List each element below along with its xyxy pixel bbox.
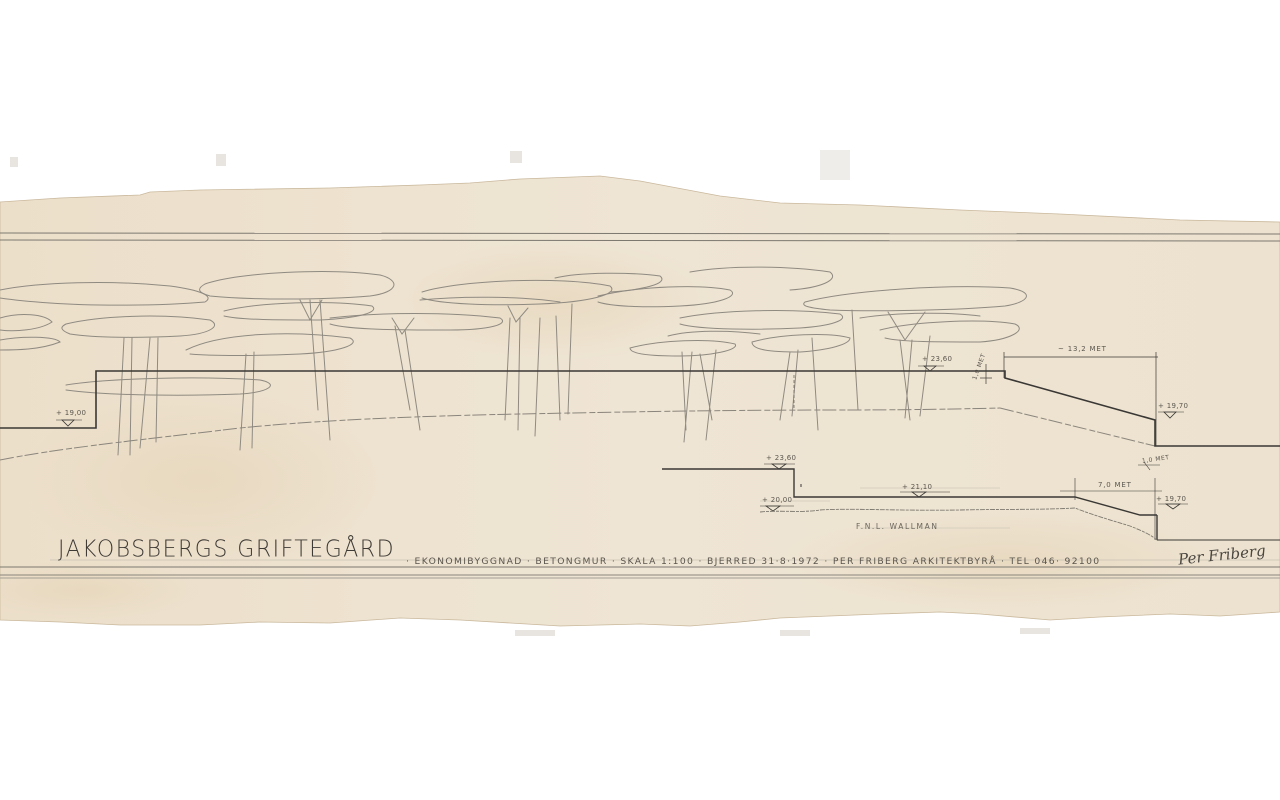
drawing-subtitle: · EKONOMIBYGGNAD · BETONGMUR · SKALA 1:1… — [406, 557, 1101, 566]
elevation-label-lower-right: + 19,70 — [1156, 496, 1186, 503]
elevation-label-lower-base: + 20,00 — [762, 497, 792, 504]
drawing-canvas — [0, 0, 1280, 800]
elevation-label-lower-mid: + 21,10 — [902, 484, 932, 491]
dimension-label-ramp-7m: 7,0 MET — [1098, 482, 1132, 489]
architectural-drawing-sheet: JAKOBSBERGS GRIFTEGÅRD · EKONOMIBYGGNAD … — [0, 0, 1280, 800]
ground-note-label: F.N.L. WALLMAN — [856, 523, 939, 531]
dimension-label-ramp-length: ~ 13,2 MET — [1058, 346, 1107, 353]
elevation-label-right-low: + 19,70 — [1158, 403, 1188, 410]
elevation-label-left-wall-base: + 19,00 — [56, 410, 86, 417]
elevation-label-lower-top: + 23,60 — [766, 455, 796, 462]
drawing-title: JAKOBSBERGS GRIFTEGÅRD — [58, 538, 395, 561]
elevation-label-wall-top: + 23,60 — [922, 356, 952, 363]
